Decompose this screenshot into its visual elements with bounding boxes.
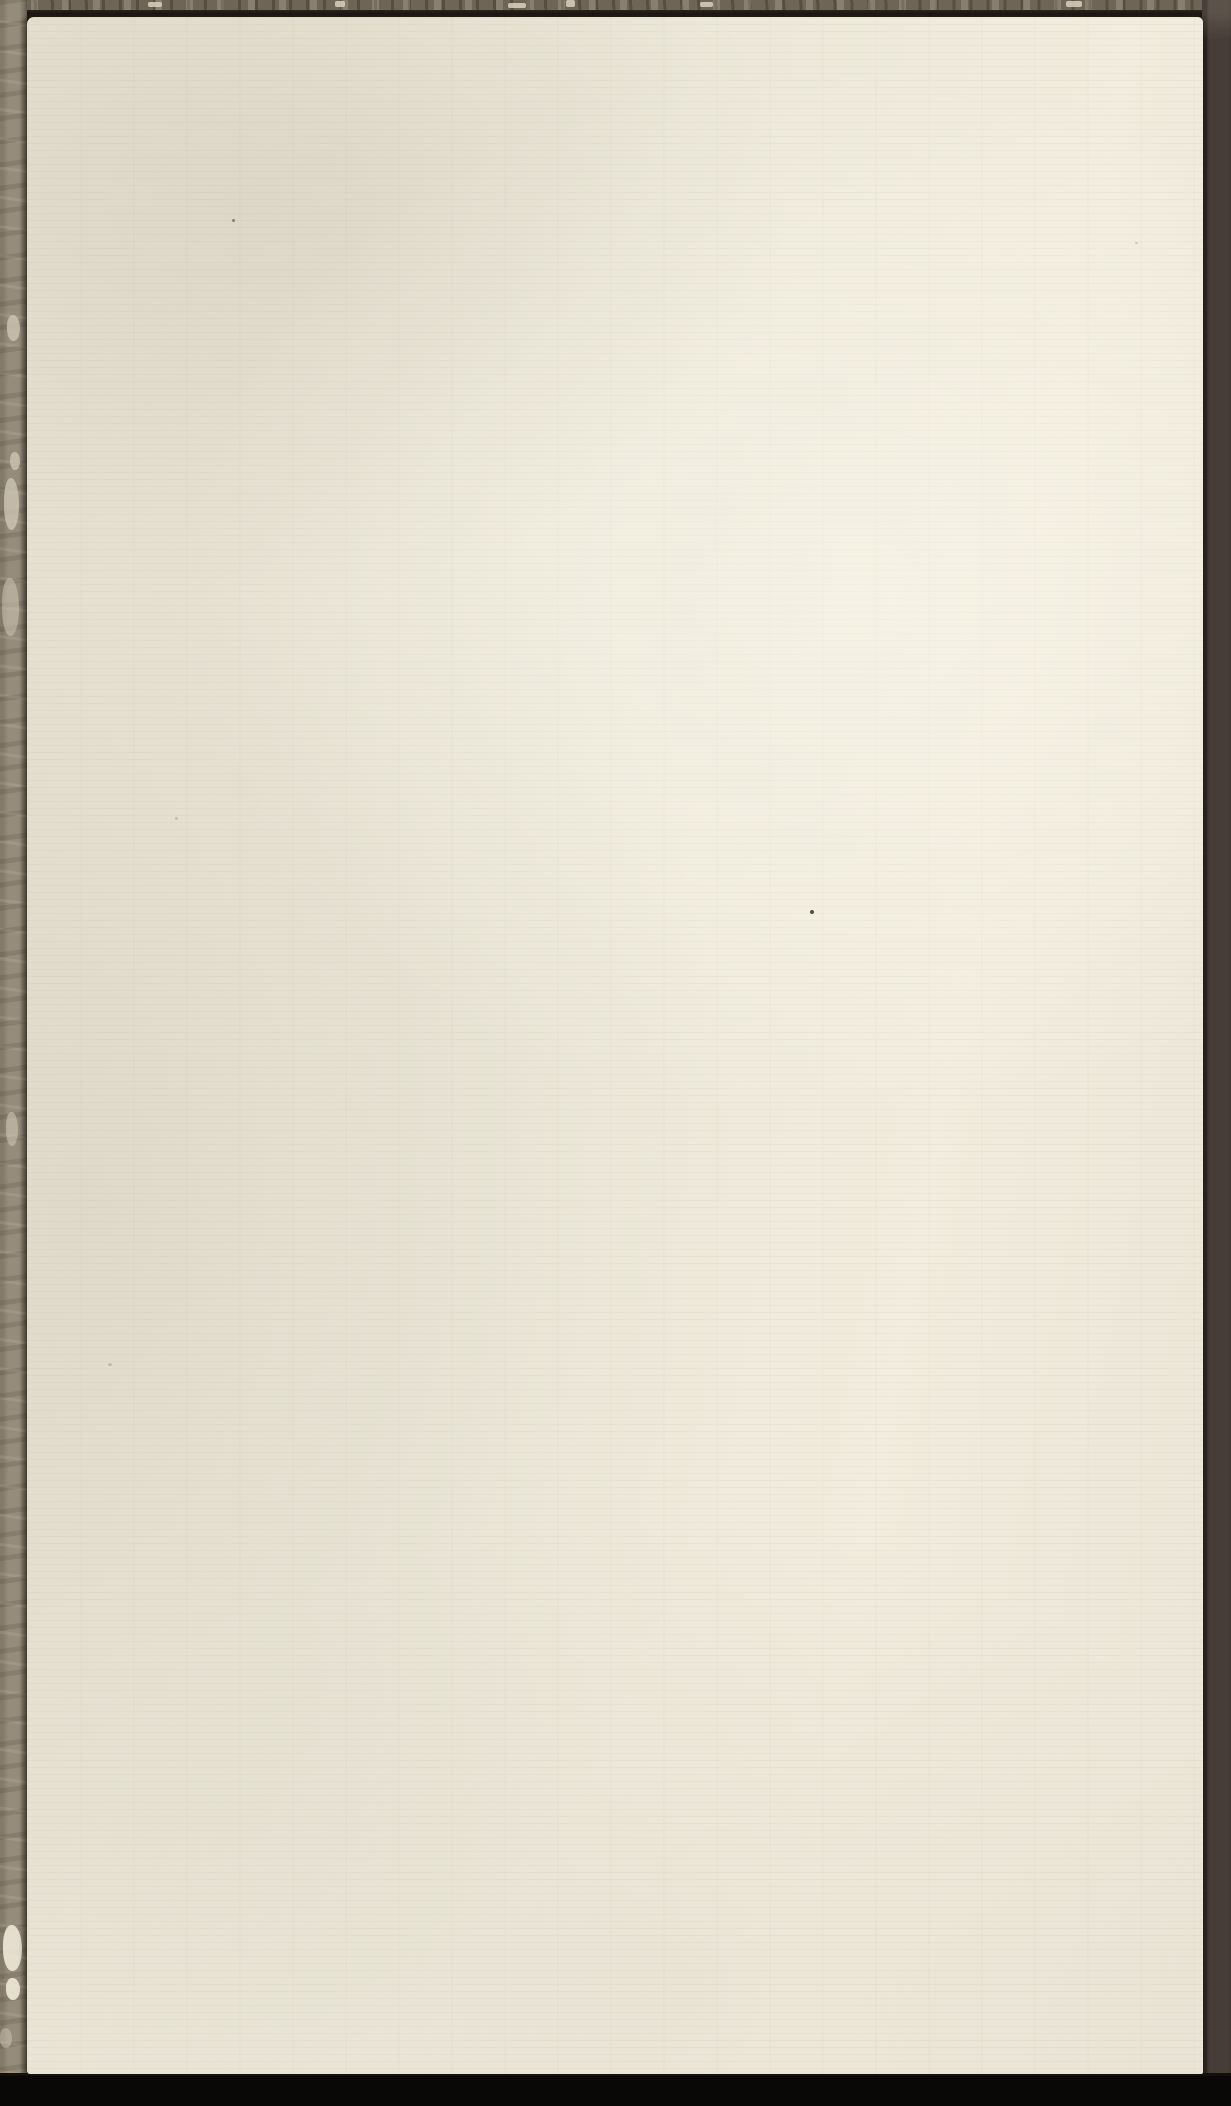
binding-patch xyxy=(2,578,19,636)
cover-right-edge xyxy=(1202,0,1231,2073)
binding-patch xyxy=(3,1925,22,1971)
book-scan xyxy=(0,0,1231,2106)
paper-fleck xyxy=(700,2,713,7)
paper-speck xyxy=(232,219,235,222)
paper-fleck xyxy=(148,2,162,7)
paper-speck xyxy=(175,817,178,820)
binding-patch xyxy=(6,1112,18,1146)
binding-patch xyxy=(6,1978,20,2000)
paper-fleck xyxy=(335,1,345,7)
binding-patch xyxy=(10,452,20,470)
paper-fleck xyxy=(566,0,575,7)
binding-strip xyxy=(0,0,27,2073)
paper-speck xyxy=(810,910,814,914)
paper-speck xyxy=(108,1363,112,1366)
blank-page xyxy=(27,17,1203,2074)
scan-background-bottom xyxy=(0,2073,1231,2106)
paper-fleck xyxy=(508,3,526,8)
binding-patch xyxy=(4,478,19,530)
binding-patch xyxy=(7,315,20,341)
cover-top-band xyxy=(0,0,1231,10)
binding-patch xyxy=(0,2028,12,2048)
paper-fleck xyxy=(1066,1,1082,7)
paper-speck xyxy=(1135,242,1138,244)
